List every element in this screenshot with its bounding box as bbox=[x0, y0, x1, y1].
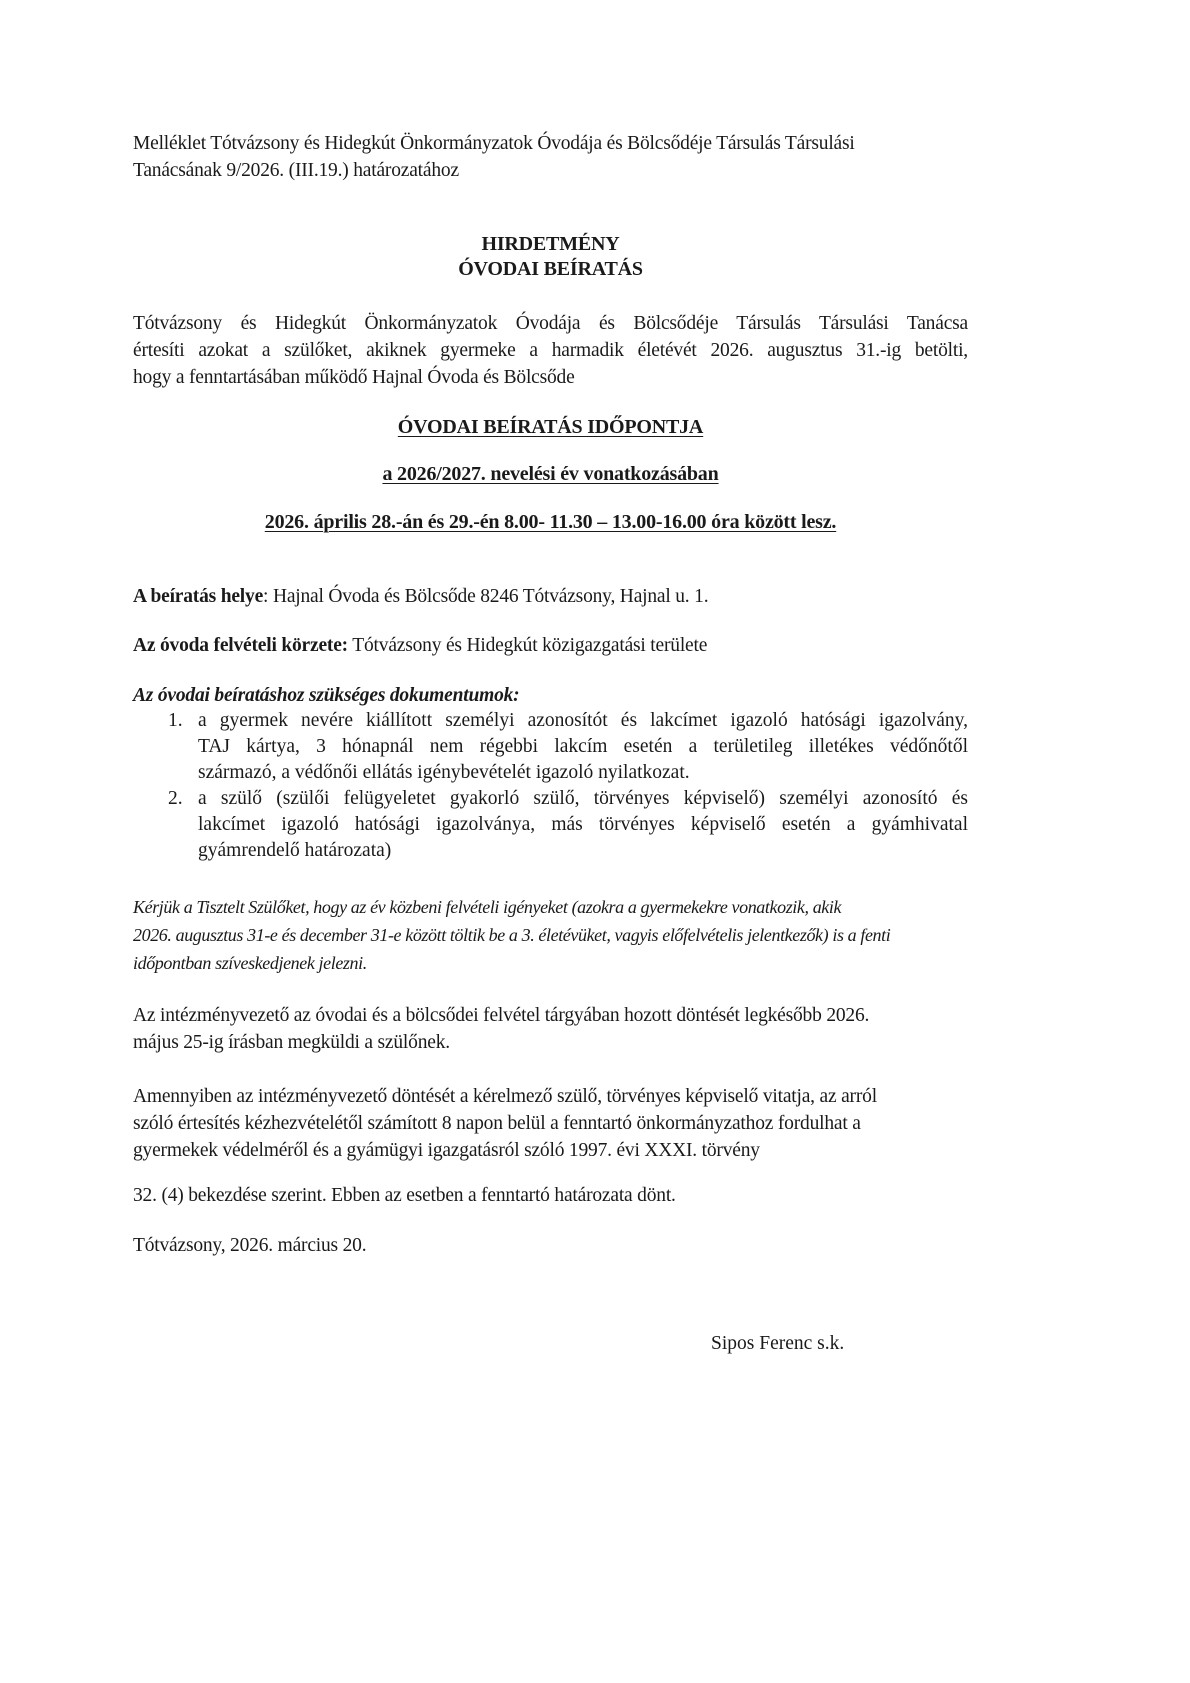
list-item-line: gyámrendelő határozata) bbox=[198, 838, 968, 864]
list-item-line: TAJ kártya, 3 hónapnál nem régebbi lakcí… bbox=[198, 734, 968, 760]
enrollment-location: A beíratás helye: Hajnal Óvoda és Bölcső… bbox=[133, 583, 968, 610]
location-value: : Hajnal Óvoda és Bölcsőde 8246 Tótvázso… bbox=[263, 586, 708, 607]
documents-list-item: 1. a gyermek nevére kiállított személyi … bbox=[168, 708, 968, 786]
attachment-header: Melléklet Tótvázsony és Hidegkút Önkormá… bbox=[133, 130, 968, 184]
announcement-title: HIRDETMÉNY ÓVODAI BEÍRATÁS bbox=[133, 232, 968, 282]
appeal-paragraph: Amennyiben az intézményvezető döntését a… bbox=[133, 1083, 968, 1164]
appeal-line-3: gyermekek védelméről és a gyámügyi igazg… bbox=[133, 1137, 968, 1164]
documents-list: 1. a gyermek nevére kiállított személyi … bbox=[168, 708, 968, 864]
request-line-3: időpontban szíveskedjenek jelezni. bbox=[133, 949, 968, 977]
intro-line-2: értesíti azokat a szülőket, akiknek gyer… bbox=[133, 337, 968, 364]
paragraph-reference: 32. (4) bekezdése szerint. Ebben az eset… bbox=[133, 1182, 968, 1209]
district-value: Tótvázsony és Hidegkút közigazgatási ter… bbox=[348, 635, 707, 656]
signature: Sipos Ferenc s.k. bbox=[711, 1333, 844, 1355]
schedule-year: a 2026/2027. nevelési év vonatkozásában bbox=[382, 463, 718, 485]
decision-line-2: május 25-ig írásban megküldi a szülőnek. bbox=[133, 1029, 968, 1056]
schedule-dates-wrap: 2026. április 28.-án és 29.-én 8.00- 11.… bbox=[133, 509, 968, 536]
title-sub: ÓVODAI BEÍRATÁS bbox=[133, 257, 968, 282]
intro-line-3: hogy a fenntartásában működő Hajnal Óvod… bbox=[133, 364, 968, 391]
request-paragraph: Kérjük a Tisztelt Szülőket, hogy az év k… bbox=[133, 893, 968, 977]
appeal-line-1: Amennyiben az intézményvezető döntését a… bbox=[133, 1083, 968, 1110]
schedule-heading: ÓVODAI BEÍRATÁS IDŐPONTJA bbox=[398, 416, 703, 438]
list-item-line: a gyermek nevére kiállított személyi azo… bbox=[198, 708, 968, 734]
documents-list-item: 2. a szülő (szülői felügyeletet gyakorló… bbox=[168, 786, 968, 864]
title-main: HIRDETMÉNY bbox=[133, 232, 968, 257]
list-item-line: lakcímet igazoló hatósági igazolványa, m… bbox=[198, 812, 968, 838]
place-date: Tótvázsony, 2026. március 20. bbox=[133, 1232, 968, 1259]
intro-line-1: Tótvázsony és Hidegkút Önkormányzatok Óv… bbox=[133, 310, 968, 337]
request-line-1: Kérjük a Tisztelt Szülőket, hogy az év k… bbox=[133, 893, 968, 921]
location-label: A beíratás helye bbox=[133, 586, 263, 607]
decision-line-1: Az intézményvezető az óvodai és a bölcső… bbox=[133, 1002, 968, 1029]
list-item-line: származó, a védőnői ellátás igénybevétel… bbox=[198, 760, 968, 786]
request-line-2: 2026. augusztus 31-e és december 31-e kö… bbox=[133, 921, 968, 949]
decision-paragraph: Az intézményvezető az óvodai és a bölcső… bbox=[133, 1002, 968, 1056]
header-line-1: Melléklet Tótvázsony és Hidegkút Önkormá… bbox=[133, 130, 968, 157]
appeal-line-2: szóló értesítés kézhezvételétől számítot… bbox=[133, 1110, 968, 1137]
list-number: 2. bbox=[168, 786, 183, 812]
header-line-2: Tanácsának 9/2026. (III.19.) határozatáh… bbox=[133, 157, 968, 184]
schedule-year-wrap: a 2026/2027. nevelési év vonatkozásában bbox=[133, 461, 968, 488]
schedule-heading-wrap: ÓVODAI BEÍRATÁS IDŐPONTJA bbox=[133, 414, 968, 441]
schedule-dates: 2026. április 28.-án és 29.-én 8.00- 11.… bbox=[265, 511, 836, 533]
district-label: Az óvoda felvételi körzete: bbox=[133, 635, 348, 656]
intro-paragraph: Tótvázsony és Hidegkút Önkormányzatok Óv… bbox=[133, 310, 968, 391]
documents-heading: Az óvodai beíratáshoz szükséges dokument… bbox=[133, 682, 968, 709]
list-number: 1. bbox=[168, 708, 183, 734]
list-item-line: a szülő (szülői felügyeletet gyakorló sz… bbox=[198, 786, 968, 812]
admission-district: Az óvoda felvételi körzete: Tótvázsony é… bbox=[133, 632, 968, 659]
